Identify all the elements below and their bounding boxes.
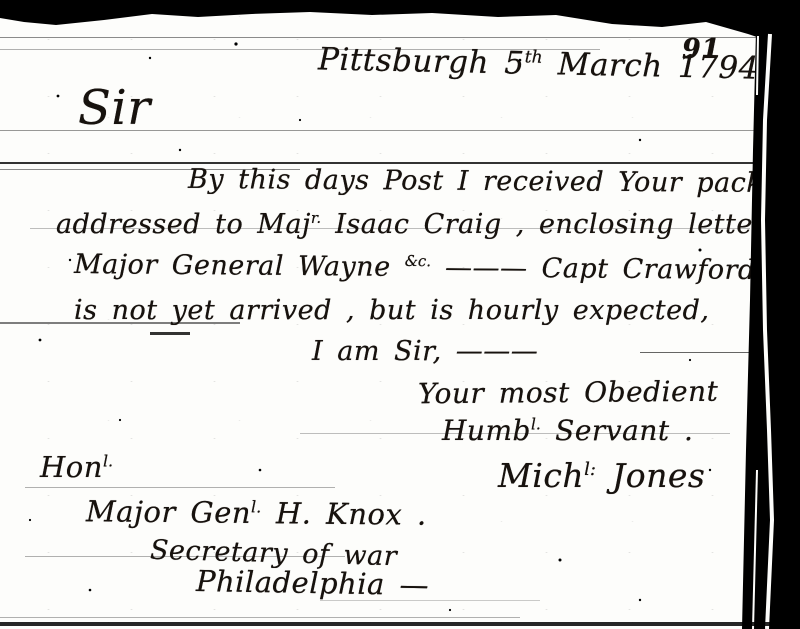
text-segment: ——— Capt Crawford [431, 252, 756, 286]
closing-line-1: I am Sir, ——— [312, 336, 538, 367]
scan-line [640, 352, 790, 353]
gutter-white-streak-3 [753, 470, 757, 629]
text-segment: Pittsburgh 5 [318, 41, 525, 81]
gutter-white-streak [763, 34, 772, 629]
text-segment: l: [584, 459, 596, 480]
text-segment: l. [251, 497, 261, 516]
text-segment: March 1794 [542, 46, 759, 87]
scan-line [0, 162, 800, 164]
text-segment: Isaac Craig , enclosing letters for [321, 209, 800, 240]
address-honorific: Honl. [40, 450, 113, 484]
right-scan-band [742, 30, 800, 629]
text-segment: Mich [498, 456, 584, 495]
text-segment: Hon [40, 450, 103, 484]
scanned-letter-page: Pittsburgh 5th March 1794 91 Sir By this… [0, 0, 800, 629]
text-segment: is not yet arrived , but is hourly expec… [74, 295, 710, 326]
text-segment: th [525, 47, 543, 67]
scan-line [150, 332, 190, 335]
body-line-2: addressed to Majr. Isaac Craig , enclosi… [56, 209, 800, 240]
text-segment: By this days Post I received Your packet [188, 164, 791, 199]
text-segment: Philadelphia — [196, 564, 430, 602]
scan-line [0, 37, 800, 38]
address-name: Major Genl. H. Knox . [86, 494, 427, 532]
signature: Michl: Jones [498, 456, 705, 495]
body-line-4: is not yet arrived , but is hourly expec… [74, 295, 710, 326]
closing-line-2: Your most Obedient [418, 375, 719, 411]
text-segment: Jones [596, 456, 705, 495]
salutation: Sir [78, 80, 151, 136]
text-segment: I am Sir, ——— [312, 336, 538, 367]
text-segment: Major General Wayne [74, 249, 405, 283]
text-segment: Your most Obedient [418, 375, 719, 411]
address-city: Philadelphia — [196, 564, 430, 602]
text-segment: l. [531, 416, 541, 434]
text-segment: Servant . [541, 414, 694, 447]
text-segment: &c. [405, 252, 431, 270]
text-segment: addressed to Maj [56, 209, 311, 240]
bottom-scan-line-faint [0, 617, 520, 618]
body-line-3: Major General Wayne &c. ——— Capt Crawfor… [74, 249, 756, 286]
closing-line-3: Humbl. Servant . [442, 414, 693, 447]
text-segment: H. Knox . [261, 496, 427, 532]
page-number: 91 [682, 34, 721, 65]
scan-line [25, 487, 335, 488]
body-line-1: By this days Post I received Your packet [188, 164, 791, 199]
text-segment: Sir [78, 80, 151, 136]
text-segment: Humb [442, 414, 531, 447]
text-segment: l. [103, 451, 113, 470]
text-segment: Major Gen [86, 494, 251, 530]
bottom-scan-line [0, 622, 800, 626]
top-scan-band [0, 0, 800, 48]
text-segment: r. [311, 209, 321, 227]
